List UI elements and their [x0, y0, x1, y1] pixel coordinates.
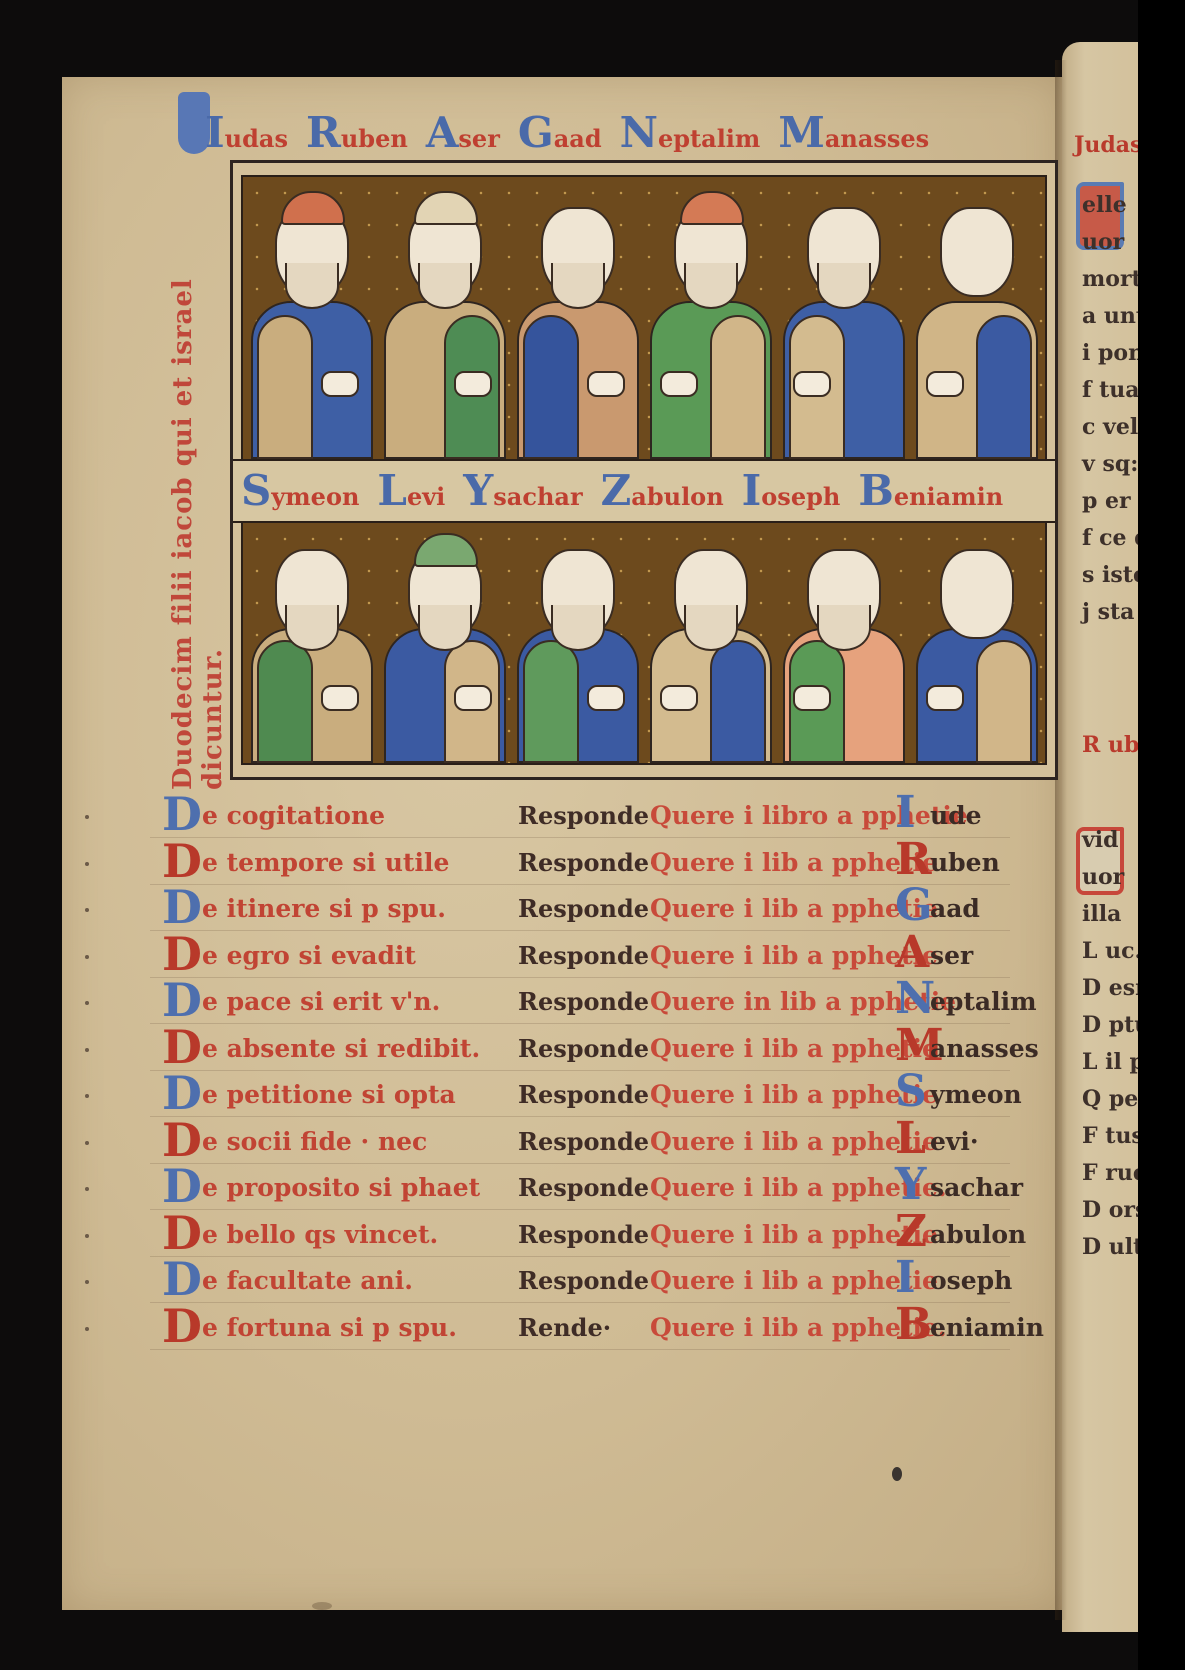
figure-hand [454, 371, 492, 397]
pricking-hole [85, 1280, 89, 1284]
figure-hand [587, 371, 625, 397]
figure-hand [454, 685, 492, 711]
figure-head [940, 549, 1014, 639]
miniature-panel-bottom [241, 521, 1047, 765]
name-initial: S [241, 470, 271, 512]
oracle-row: De tempore si utileResponde·Quere i lib … [150, 840, 1070, 886]
pricking-hole [85, 815, 89, 819]
name-label: Manasses [778, 112, 929, 154]
quaere-text: Quere i libro a pphetie [650, 801, 968, 830]
oracle-row: De absente si redibit.RespondeQuere i li… [150, 1026, 1070, 1072]
figure-beard [418, 263, 472, 309]
oracle-row: De egro si evaditRespondeQuere i lib a p… [150, 933, 1070, 979]
vertical-rubric: Duodecim filii iacob qui et israel dicun… [178, 150, 218, 790]
facing-page-line: a unua [1082, 303, 1138, 329]
respond-text: Responde [518, 987, 649, 1016]
name-label: Levi [377, 470, 445, 512]
respond-text: Responde [518, 1220, 649, 1249]
figure-aser [517, 179, 635, 459]
judge-name: aad [930, 894, 980, 923]
judge-name: oseph [930, 1266, 1012, 1295]
question-text: e fortuna si p spu. [202, 1313, 457, 1342]
facing-page-line: elle [1082, 192, 1127, 218]
question-text: e absente si redibit. [202, 1034, 480, 1063]
pricking-hole [85, 862, 89, 866]
figure-beard [551, 605, 605, 651]
figure-hand [321, 685, 359, 711]
figure-hand [660, 371, 698, 397]
facing-page-line: p er z a [1082, 488, 1138, 514]
name-initial: R [306, 112, 341, 154]
name-text: ser [458, 124, 499, 153]
row-initial: D [162, 1303, 202, 1349]
row-initial: D [162, 931, 202, 977]
question-text: e cogitatione [202, 801, 385, 830]
question-text: e facultate ani. [202, 1266, 413, 1295]
respond-text: Responde [518, 894, 649, 923]
oracle-row: De bello qs vincet.RespondeQuere i lib a… [150, 1212, 1070, 1258]
name-label: Aser [426, 112, 500, 154]
row-initial: D [162, 884, 202, 930]
name-label: Gaad [518, 112, 602, 154]
figure-mantle [523, 640, 579, 763]
figure-beard [684, 605, 738, 651]
name-text: oseph [761, 482, 840, 511]
name-initial: A [426, 112, 459, 154]
judge-name: uben [930, 848, 1000, 877]
respond-text: Responde [518, 1127, 649, 1156]
judge-name: ude [930, 801, 982, 830]
facing-page-line: f ce da [1082, 525, 1138, 551]
name-label: Ruben [306, 112, 408, 154]
facing-page-line: Q petu [1082, 1086, 1138, 1112]
pricking-hole [85, 1141, 89, 1145]
figure-beard [285, 263, 339, 309]
figure-neptalim [783, 179, 901, 459]
facing-page-line: f tua ter [1082, 377, 1138, 403]
facing-page-line: D esme [1082, 975, 1138, 1001]
figure-symeon [251, 525, 369, 763]
judge-initial: Z [895, 1210, 927, 1254]
stain [312, 1602, 332, 1610]
name-initial: I [205, 112, 225, 154]
facing-page-line: F tusti [1082, 1123, 1138, 1149]
figure-ruben [384, 179, 502, 459]
figure-beard [285, 605, 339, 651]
oracle-row: De socii fide · necRespondeQuere i lib a… [150, 1119, 1070, 1165]
oracle-row: De fortuna si p spu.Rende·Quere i lib a … [150, 1305, 1070, 1351]
pricking-hole [85, 1187, 89, 1191]
figure-hand [587, 685, 625, 711]
facing-page-line: D ultu [1082, 1234, 1138, 1260]
facing-page-line: v sq: mi [1082, 451, 1138, 477]
pricking-hole [85, 955, 89, 959]
name-text: aad [554, 124, 602, 153]
facing-page-line: L uc. a [1082, 938, 1138, 964]
question-text: e bello qs vincet. [202, 1220, 438, 1249]
facing-page-line: L il p p [1082, 1049, 1138, 1075]
figure-mantle [523, 315, 579, 459]
miniature-panel-top [241, 175, 1047, 461]
respond-text: Responde [518, 801, 649, 830]
facing-page-line: mortua [1082, 266, 1138, 292]
judge-initial: A [895, 931, 929, 975]
pricking-hole [85, 1094, 89, 1098]
judge-name: evi· [930, 1127, 979, 1156]
names-row-top: IudasRubenAserGaadNeptalimManasses [205, 108, 929, 158]
name-label: Beniamin [858, 470, 1003, 512]
question-text: e socii fide · nec [202, 1127, 427, 1156]
figure-mantle [710, 315, 766, 459]
judge-initial: L [895, 1117, 926, 1161]
oracle-row: De pace si erit v'n.RespondeQuere in lib… [150, 979, 1070, 1025]
figure-hand [793, 685, 831, 711]
question-text: e pace si erit v'n. [202, 987, 440, 1016]
figure-manasses [916, 179, 1034, 459]
row-initial: D [162, 1117, 202, 1163]
judge-name: abulon [930, 1220, 1026, 1249]
oracle-row: De itinere si p spu.RespondeQuere i lib … [150, 886, 1070, 932]
name-text: uben [341, 124, 408, 153]
name-initial: N [620, 112, 658, 154]
judge-initial: I [895, 791, 916, 835]
figure-hand [926, 685, 964, 711]
facing-page: Judas i elleuormortuaa unuai ponesf tua … [1062, 42, 1138, 1632]
judge-initial: I [895, 1256, 916, 1300]
question-text: e petitione si opta [202, 1080, 456, 1109]
judge-initial: Y [895, 1163, 926, 1207]
name-label: Ioseph [742, 470, 841, 512]
judge-initial: G [895, 884, 933, 928]
question-text: e tempore si utile [202, 848, 449, 877]
figure-gaad [650, 179, 768, 459]
name-text: abulon [631, 482, 723, 511]
pricking-hole [85, 1327, 89, 1331]
figure-ysachar [517, 525, 635, 763]
row-initial: D [162, 1070, 202, 1116]
row-initial: D [162, 1163, 202, 1209]
ink-spot [892, 1467, 902, 1481]
facing-page-line: j sta die [1082, 599, 1138, 625]
figure-hat [680, 191, 744, 225]
figure-beard [817, 263, 871, 309]
figure-head [940, 207, 1014, 297]
name-text: udas [225, 124, 288, 153]
judge-name: ymeon [930, 1080, 1022, 1109]
row-initial: D [162, 1256, 202, 1302]
figure-hand [660, 685, 698, 711]
figure-hat [414, 191, 478, 225]
figure-mantle [257, 640, 313, 763]
name-label: Neptalim [620, 112, 761, 154]
facing-page-rubric-bottom: R uben [1082, 732, 1138, 758]
name-initial: L [377, 470, 407, 512]
respond-text: Responde [518, 1034, 649, 1063]
pricking-hole [85, 1048, 89, 1052]
facing-page-line: illa [1082, 901, 1121, 927]
figure-beard [817, 605, 871, 651]
name-label: Zabulon [601, 470, 724, 512]
name-text: sachar [493, 482, 582, 511]
question-text: e egro si evadit [202, 941, 416, 970]
figure-zabulon [650, 525, 768, 763]
name-text: eptalim [658, 124, 760, 153]
name-text: anasses [825, 124, 929, 153]
name-text: ymeon [271, 482, 359, 511]
facing-page-rubric: Judas i [1074, 132, 1138, 158]
figure-beniamin [916, 525, 1034, 763]
miniature-twelve-sons: SymeonLeviYsacharZabulonIosephBeniamin [230, 160, 1058, 780]
figure-joseph [783, 525, 901, 763]
figure-hat [414, 533, 478, 567]
question-text: e proposito si phaet [202, 1173, 480, 1202]
name-label: Ysachar [463, 470, 582, 512]
judge-name: ser [930, 941, 973, 970]
name-initial: G [518, 112, 554, 154]
pricking-hole [85, 1001, 89, 1005]
judge-initial: R [895, 838, 932, 882]
figure-judas [251, 179, 369, 459]
name-text: evi [407, 482, 445, 511]
name-initial: I [742, 470, 762, 512]
name-label: Symeon [241, 470, 359, 512]
facing-page-line: s iste gu [1082, 562, 1138, 588]
question-text: e itinere si p spu. [202, 894, 446, 923]
judge-name: eniamin [930, 1313, 1044, 1342]
judge-name: eptalim [930, 987, 1037, 1016]
facing-page-line: uor [1082, 864, 1124, 890]
row-initial: D [162, 1210, 202, 1256]
judge-name: anasses [930, 1034, 1039, 1063]
figure-mantle [976, 315, 1032, 459]
respond-text: Responde [518, 941, 649, 970]
figure-hand [321, 371, 359, 397]
figure-beard [684, 263, 738, 309]
oracle-row: De cogitationeRespondeQuere i libro a pp… [150, 793, 1070, 839]
figure-hand [926, 371, 964, 397]
name-initial: B [858, 470, 894, 512]
figure-beard [551, 263, 605, 309]
row-initial: D [162, 838, 202, 884]
row-initial: D [162, 1024, 202, 1070]
figure-mantle [257, 315, 313, 459]
background-edge [1138, 0, 1185, 1670]
name-label: Iudas [205, 112, 288, 154]
respond-text: Responde· [518, 848, 657, 877]
figure-mantle [976, 640, 1032, 763]
figure-beard [418, 605, 472, 651]
respond-text: Rende· [518, 1313, 611, 1342]
facing-page-line: vid [1082, 827, 1119, 853]
facing-page-line: F ruet [1082, 1160, 1138, 1186]
names-row-middle: SymeonLeviYsacharZabulonIosephBeniamin [233, 459, 1055, 523]
respond-text: Responde [518, 1080, 649, 1109]
facing-page-line: D ors [1082, 1197, 1138, 1223]
name-initial: Z [601, 470, 632, 512]
facing-page-line: i pones [1082, 340, 1138, 366]
oracle-row: De proposito si phaetRespondeQuere i lib… [150, 1165, 1070, 1211]
pricking-hole [85, 908, 89, 912]
oracle-row: De facultate ani.RespondeQuere i lib a p… [150, 1258, 1070, 1304]
name-initial: Y [463, 470, 493, 512]
figure-levi [384, 525, 502, 763]
row-initial: D [162, 791, 202, 837]
facing-page-line: D ptu [1082, 1012, 1138, 1038]
facing-page-line: c velib; [1082, 414, 1138, 440]
facing-page-line: uor [1082, 229, 1124, 255]
judge-name: sachar [930, 1173, 1023, 1202]
name-initial: M [778, 112, 825, 154]
respond-text: Responde [518, 1173, 649, 1202]
respond-text: Responde [518, 1266, 649, 1295]
name-text: eniamin [894, 482, 1003, 511]
figure-mantle [710, 640, 766, 763]
judge-initial: B [895, 1303, 932, 1347]
judge-initial: S [895, 1070, 927, 1114]
oracle-row: De petitione si optaRespondeQuere i lib … [150, 1072, 1070, 1118]
pricking-hole [85, 1234, 89, 1238]
row-initial: D [162, 977, 202, 1023]
figure-hand [793, 371, 831, 397]
figure-hat [281, 191, 345, 225]
